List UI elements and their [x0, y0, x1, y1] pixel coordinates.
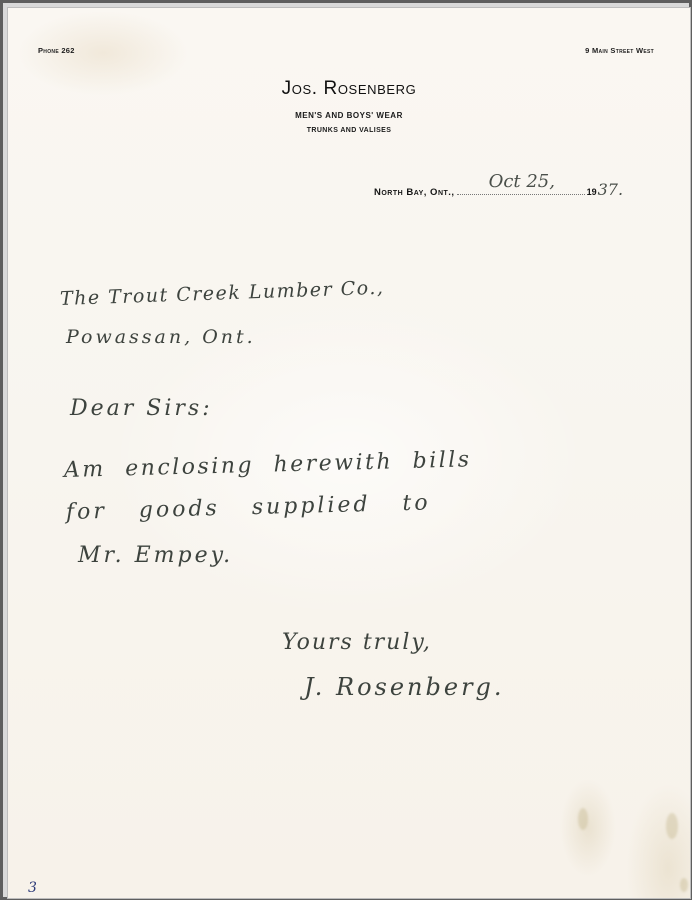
margin-pencil-mark: 3	[28, 880, 37, 896]
body-line-1: Am enclosing herewith bills	[64, 447, 472, 483]
dateline: North Bay, Ont., Oct 25, 19 37.	[374, 180, 623, 199]
letter-paper: Phone 262 9 Main Street West Jos. Rosenb…	[7, 7, 691, 899]
body-line-3: Mr. Empey.	[78, 543, 233, 568]
body-line-2: for goods supplied to	[66, 490, 431, 525]
paper-stain	[680, 878, 688, 892]
recipient-line-1: The Trout Creek Lumber Co.,	[60, 277, 385, 310]
letterhead-address: 9 Main Street West	[585, 46, 654, 55]
recipient-line-2: Powassan, Ont.	[66, 326, 256, 348]
letterhead-tagline-wear: MEN'S AND BOYS' WEAR	[8, 111, 690, 120]
paper-stain	[578, 808, 588, 830]
date-year-suffix: 37.	[598, 180, 623, 199]
letterhead-phone: Phone 262	[38, 46, 75, 55]
closing: Yours truly,	[282, 630, 432, 655]
scan-frame: Phone 262 9 Main Street West Jos. Rosenb…	[0, 0, 692, 900]
date-year-prefix: 19	[587, 187, 597, 197]
letterhead-business-name: Jos. Rosenberg	[8, 78, 690, 100]
salutation: Dear Sirs:	[70, 396, 213, 421]
letterhead-tagline-trunks: TRUNKS AND VALISES	[8, 127, 690, 134]
date-month-day: Oct 25,	[489, 171, 555, 192]
paper-stain	[666, 813, 678, 839]
date-fill-line: Oct 25,	[457, 193, 585, 195]
date-place: North Bay, Ont.,	[374, 187, 455, 198]
signature: J. Rosenberg.	[304, 673, 505, 701]
